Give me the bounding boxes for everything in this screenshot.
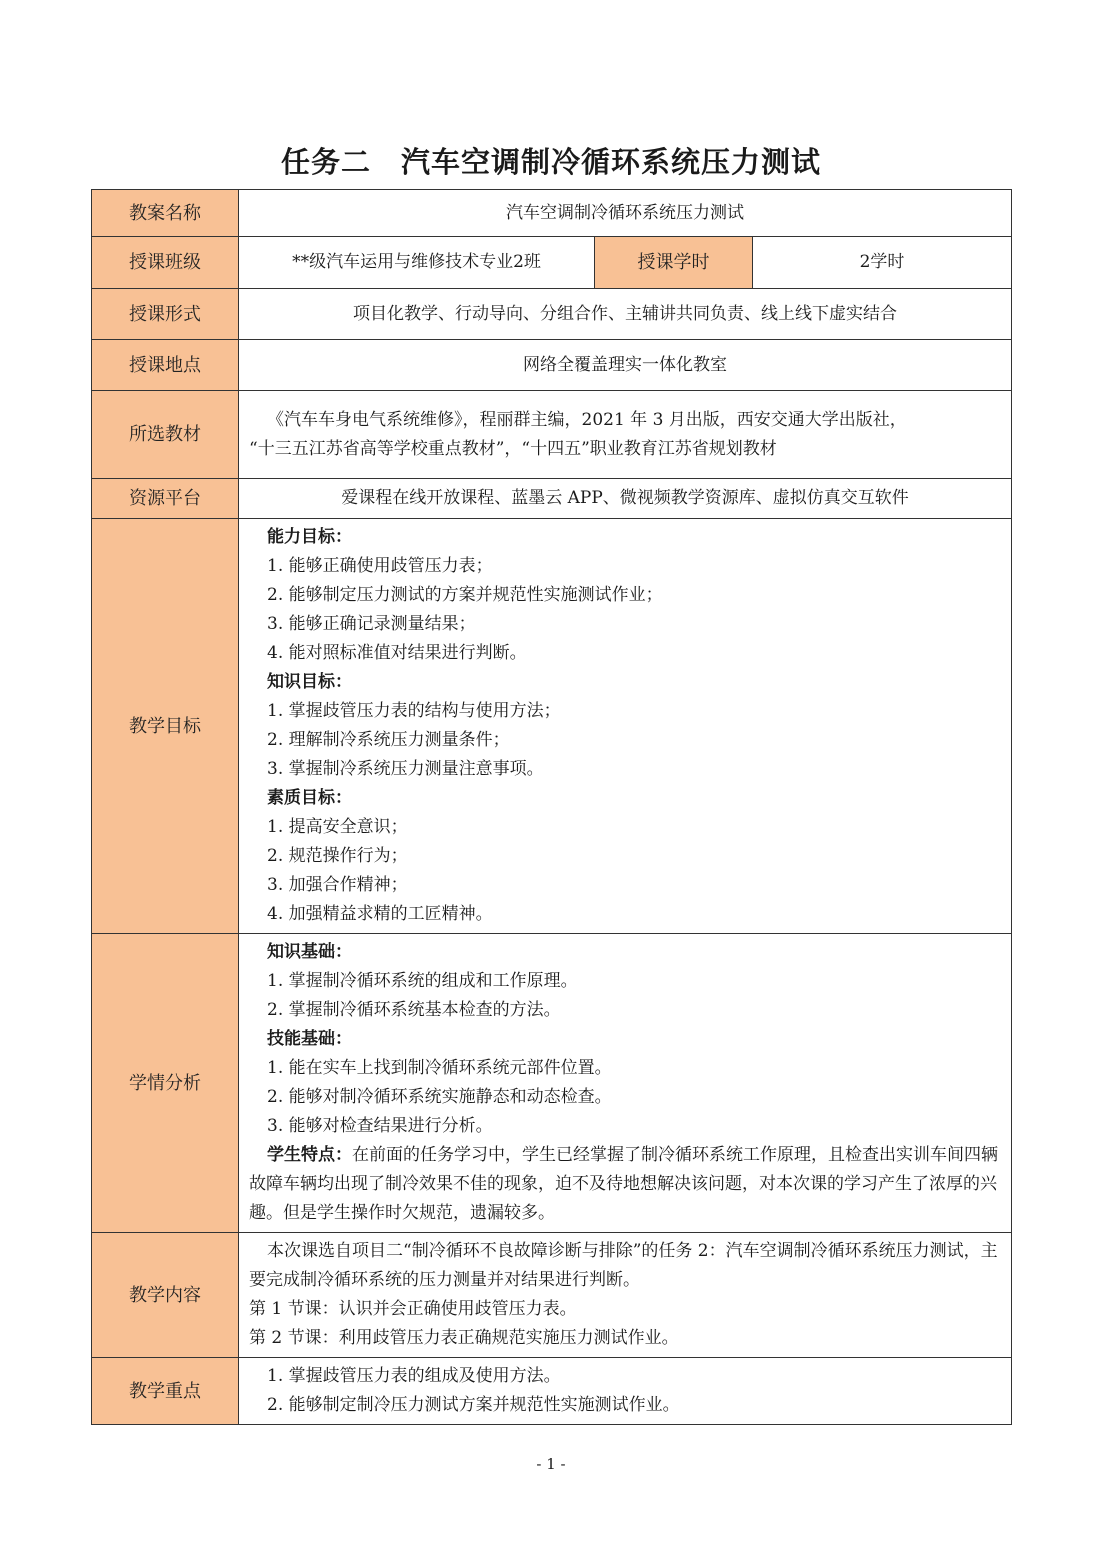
row-content: 教学内容 本次课选自项目二“制冷循环不良故障诊断与排除”的任务 2：汽车空调制冷… <box>92 1233 1012 1358</box>
traits-text: 在前面的任务学习中，学生已经掌握了制冷循环系统工作原理，且检查出实训车间四辆故障… <box>249 1145 998 1223</box>
row-lesson-name: 教案名称 汽车空调制冷循环系统压力测试 <box>92 190 1012 237</box>
content-session-1: 第 1 节课：认识并会正确使用歧管压力表。 <box>249 1295 1003 1324</box>
row-textbook: 所选教材 《汽车车身电气系统维修》，程丽群主编，2021 年 3 月出版，西安交… <box>92 391 1012 479</box>
page-number: - 1 - <box>0 1455 1102 1473</box>
knowledge-item: 3. 掌握制冷系统压力测量注意事项。 <box>267 755 1003 784</box>
content-paragraph: 本次课选自项目二“制冷循环不良故障诊断与排除”的任务 2：汽车空调制冷循环系统压… <box>249 1237 1003 1295</box>
label-location: 授课地点 <box>92 340 239 391</box>
skill-base-item: 3. 能够对检查结果进行分析。 <box>249 1112 1003 1141</box>
ability-item: 4. 能对照标准值对结果进行判断。 <box>267 639 1003 668</box>
value-textbook: 《汽车车身电气系统维修》，程丽群主编，2021 年 3 月出版，西安交通大学出版… <box>239 391 1012 479</box>
label-class: 授课班级 <box>92 237 239 289</box>
skill-base-item: 1. 能在实车上找到制冷循环系统元部件位置。 <box>249 1054 1003 1083</box>
label-hours: 授课学时 <box>595 237 753 289</box>
label-lesson-name: 教案名称 <box>92 190 239 237</box>
quality-item: 3. 加强合作精神； <box>267 871 1003 900</box>
knowledge-base-heading: 知识基础： <box>249 938 1003 967</box>
label-platform: 资源平台 <box>92 479 239 519</box>
label-objectives: 教学目标 <box>92 519 239 934</box>
document-title: 任务二 汽车空调制冷循环系统压力测试 <box>0 140 1102 181</box>
ability-item: 1. 能够正确使用歧管压力表； <box>267 552 1003 581</box>
skill-base-item: 2. 能够对制冷循环系统实施静态和动态检查。 <box>249 1083 1003 1112</box>
value-content: 本次课选自项目二“制冷循环不良故障诊断与排除”的任务 2：汽车空调制冷循环系统压… <box>239 1233 1012 1358</box>
value-location: 网络全覆盖理实一体化教室 <box>239 340 1012 391</box>
row-location: 授课地点 网络全覆盖理实一体化教室 <box>92 340 1012 391</box>
quality-heading: 素质目标： <box>267 784 1003 813</box>
value-lesson-name: 汽车空调制冷循环系统压力测试 <box>239 190 1012 237</box>
row-analysis: 学情分析 知识基础： 1. 掌握制冷循环系统的组成和工作原理。 2. 掌握制冷循… <box>92 934 1012 1233</box>
value-platform: 爱课程在线开放课程、蓝墨云 APP、微视频教学资源库、虚拟仿真交互软件 <box>239 479 1012 519</box>
key-point-item: 1. 掌握歧管压力表的组成及使用方法。 <box>249 1362 1003 1391</box>
knowledge-base-item: 2. 掌握制冷循环系统基本检查的方法。 <box>249 996 1003 1025</box>
value-analysis: 知识基础： 1. 掌握制冷循环系统的组成和工作原理。 2. 掌握制冷循环系统基本… <box>239 934 1012 1233</box>
traits-heading: 学生特点： <box>267 1145 352 1165</box>
row-class: 授课班级 **级汽车运用与维修技术专业2班 授课学时 2学时 <box>92 237 1012 289</box>
row-platform: 资源平台 爱课程在线开放课程、蓝墨云 APP、微视频教学资源库、虚拟仿真交互软件 <box>92 479 1012 519</box>
value-key-points: 1. 掌握歧管压力表的组成及使用方法。 2. 能够制定制冷压力测试方案并规范性实… <box>239 1358 1012 1425</box>
knowledge-item: 1. 掌握歧管压力表的结构与使用方法； <box>267 697 1003 726</box>
label-key-points: 教学重点 <box>92 1358 239 1425</box>
key-point-item: 2. 能够制定制冷压力测试方案并规范性实施测试作业。 <box>249 1391 1003 1420</box>
textbook-line-1: 《汽车车身电气系统维修》，程丽群主编，2021 年 3 月出版，西安交通大学出版… <box>249 406 1003 435</box>
label-format: 授课形式 <box>92 289 239 340</box>
label-textbook: 所选教材 <box>92 391 239 479</box>
row-objectives: 教学目标 能力目标： 1. 能够正确使用歧管压力表； 2. 能够制定压力测试的方… <box>92 519 1012 934</box>
value-class: **级汽车运用与维修技术专业2班 <box>239 237 595 289</box>
value-format: 项目化教学、行动导向、分组合作、主辅讲共同负责、线上线下虚实结合 <box>239 289 1012 340</box>
quality-item: 1. 提高安全意识； <box>267 813 1003 842</box>
quality-item: 4. 加强精益求精的工匠精神。 <box>267 900 1003 929</box>
value-objectives: 能力目标： 1. 能够正确使用歧管压力表； 2. 能够制定压力测试的方案并规范性… <box>239 519 1012 934</box>
label-content: 教学内容 <box>92 1233 239 1358</box>
ability-item: 2. 能够制定压力测试的方案并规范性实施测试作业； <box>267 581 1003 610</box>
quality-item: 2. 规范操作行为； <box>267 842 1003 871</box>
knowledge-heading: 知识目标： <box>267 668 1003 697</box>
knowledge-item: 2. 理解制冷系统压力测量条件； <box>267 726 1003 755</box>
row-key-points: 教学重点 1. 掌握歧管压力表的组成及使用方法。 2. 能够制定制冷压力测试方案… <box>92 1358 1012 1425</box>
content-session-2: 第 2 节课：利用歧管压力表正确规范实施压力测试作业。 <box>249 1324 1003 1353</box>
ability-heading: 能力目标： <box>267 523 1003 552</box>
lesson-plan-table: 教案名称 汽车空调制冷循环系统压力测试 授课班级 **级汽车运用与维修技术专业2… <box>91 189 1012 1425</box>
textbook-line-2: “十三五江苏省高等学校重点教材”，“十四五”职业教育江苏省规划教材 <box>249 435 1003 464</box>
ability-item: 3. 能够正确记录测量结果； <box>267 610 1003 639</box>
label-analysis: 学情分析 <box>92 934 239 1233</box>
knowledge-base-item: 1. 掌握制冷循环系统的组成和工作原理。 <box>249 967 1003 996</box>
student-traits: 学生特点：在前面的任务学习中，学生已经掌握了制冷循环系统工作原理，且检查出实训车… <box>249 1141 1003 1228</box>
value-hours: 2学时 <box>753 237 1012 289</box>
skill-base-heading: 技能基础： <box>249 1025 1003 1054</box>
row-format: 授课形式 项目化教学、行动导向、分组合作、主辅讲共同负责、线上线下虚实结合 <box>92 289 1012 340</box>
